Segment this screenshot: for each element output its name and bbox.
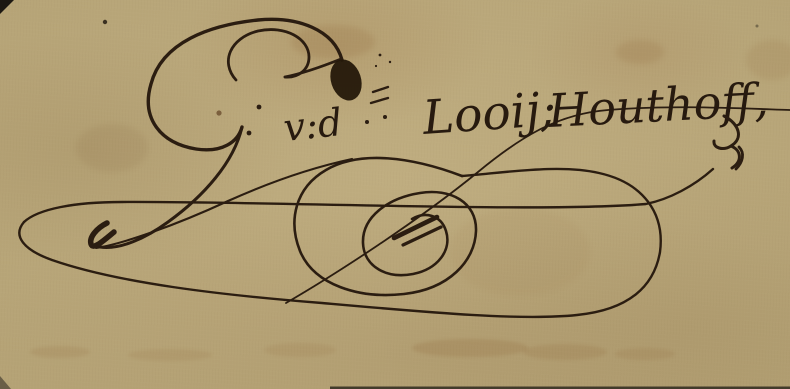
signature-surname-looij: Looij; bbox=[420, 82, 558, 146]
paper-stains bbox=[76, 25, 790, 296]
abbreviation-dot bbox=[383, 115, 387, 119]
g-colon-dot bbox=[257, 105, 262, 110]
bleedthrough-mark bbox=[30, 346, 90, 358]
ink-bleedthrough-band bbox=[30, 339, 675, 361]
scan-corner-mark-topleft bbox=[0, 0, 14, 14]
scan-artifacts bbox=[0, 0, 790, 389]
bleedthrough-mark bbox=[615, 348, 675, 360]
ink-spatter-dot bbox=[389, 61, 391, 63]
bleedthrough-mark bbox=[128, 349, 212, 361]
g-descender-hook-thick bbox=[91, 223, 114, 246]
signature-particle: v:d bbox=[281, 100, 344, 150]
bleedthrough-mark bbox=[264, 343, 336, 357]
ink-spatter-dot bbox=[379, 54, 382, 57]
abbreviation-dot bbox=[365, 120, 369, 124]
paper-speck bbox=[756, 25, 759, 28]
paper-stain bbox=[76, 124, 148, 172]
scanned-paper-background: v:d Looij; Houthoff, bbox=[0, 0, 790, 389]
paper-speck bbox=[216, 110, 221, 115]
ink-spatter-dot bbox=[375, 65, 377, 67]
abbreviation-dash bbox=[373, 87, 388, 92]
abbreviation-dash bbox=[371, 98, 388, 103]
flourish-center-spiral bbox=[294, 158, 476, 295]
paper-stain bbox=[616, 40, 664, 64]
g-inner-curl bbox=[228, 30, 309, 80]
bleedthrough-mark bbox=[523, 344, 607, 360]
signature-svg: v:d Looij; Houthoff, bbox=[0, 0, 790, 389]
bleedthrough-mark bbox=[412, 339, 528, 357]
scan-corner-mark-bottomleft bbox=[0, 376, 11, 389]
g-colon-dot bbox=[247, 131, 252, 136]
paper-speck bbox=[103, 20, 107, 24]
